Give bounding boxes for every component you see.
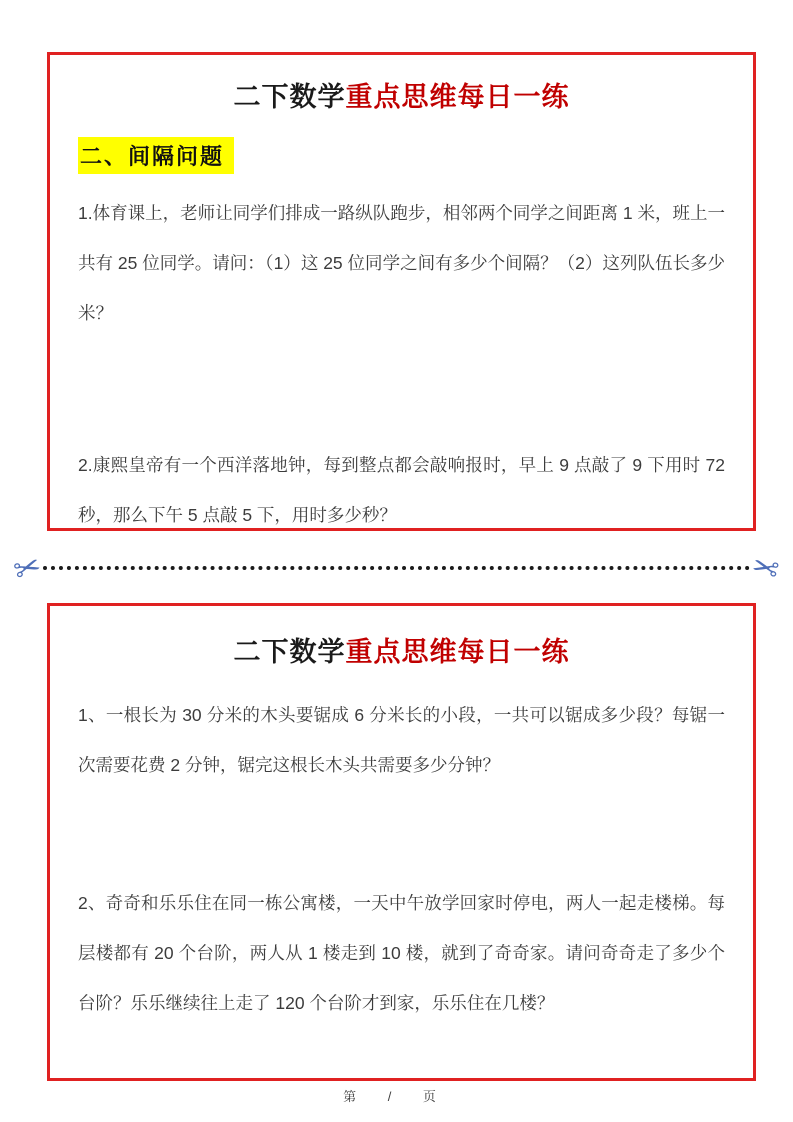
page-number-footer: 第 / 页 (0, 1086, 793, 1105)
page-title-red-part: 重点思维每日一练 (346, 637, 570, 667)
problem-text: 2、奇奇和乐乐住在同一栋公寓楼，一天中午放学回家时停电，两人一起走楼梯。每层楼都… (78, 878, 725, 1028)
dotted-cut-rule (43, 566, 750, 570)
worksheet-card-top: 二下数学重点思维每日一练 二、间隔问题 1.体育课上，老师让同学们排成一路纵队跑… (47, 52, 756, 531)
problem-text: 2.康熙皇帝有一个西洋落地钟，每到整点都会敲响报时，早上 9 点敲了 9 下用时… (78, 440, 725, 540)
page-title: 二下数学重点思维每日一练 (78, 636, 725, 668)
worksheet-card-bottom: 二下数学重点思维每日一练 1、一根长为 30 分米的木头要锯成 6 分米长的小段… (47, 603, 756, 1081)
scissors-icon: ✂ (749, 549, 783, 587)
page-title-red-part: 重点思维每日一练 (346, 82, 570, 112)
topic-heading-row: 二、间隔问题 (78, 113, 725, 174)
topic-heading: 二、间隔问题 (78, 137, 234, 174)
cut-line: ✂ ✂ (14, 548, 779, 588)
scissors-icon: ✂ (10, 549, 45, 588)
problem-text: 1.体育课上，老师让同学们排成一路纵队跑步，相邻两个同学之间距离 1 米，班上一… (78, 188, 725, 338)
problem-text: 1、一根长为 30 分米的木头要锯成 6 分米长的小段，一共可以锯成多少段？每锯… (78, 690, 725, 790)
page-title: 二下数学重点思维每日一练 (78, 81, 725, 113)
page-title-black-part: 二下数学 (234, 82, 346, 112)
page-title-black-part: 二下数学 (234, 637, 346, 667)
